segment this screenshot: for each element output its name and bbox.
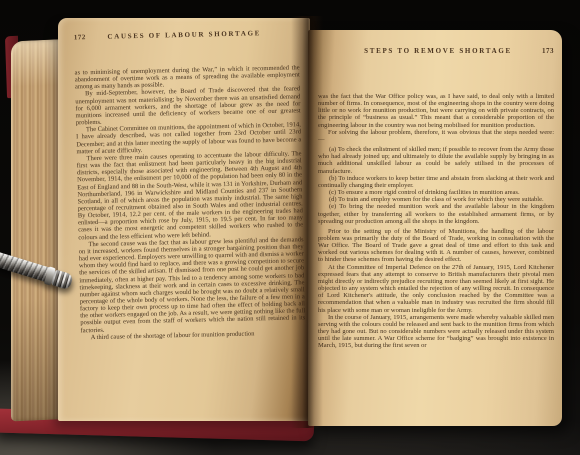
left-page-text: as to minimising of unemployment during …	[75, 64, 306, 341]
list-item: (d) To train and employ women for the cl…	[318, 196, 554, 203]
left-page: 172 CAUSES OF LABOUR SHORTAGE as to mini…	[58, 18, 310, 421]
paragraph: By mid-September, however, the Board of …	[75, 86, 301, 127]
right-page-number: 173	[542, 47, 554, 55]
paragraph: In the course of January, 1915, arrangem…	[318, 314, 554, 350]
open-book: 172 CAUSES OF LABOUR SHORTAGE as to mini…	[0, 0, 580, 455]
paragraph: The second cause was the fact that as la…	[78, 236, 305, 334]
paragraph: was the fact that the War Office policy …	[318, 93, 554, 129]
list-item: (b) To induce workers to keep better tim…	[318, 175, 554, 189]
photo-scene: 172 CAUSES OF LABOUR SHORTAGE as to mini…	[0, 0, 580, 455]
left-running-header: 172 CAUSES OF LABOUR SHORTAGE	[74, 28, 299, 41]
right-page-text: was the fact that the War Office policy …	[318, 93, 554, 349]
paragraph: At the Committee of Imperial Defence on …	[318, 264, 554, 314]
list-item: (c) To ensure a more rigid control of dr…	[318, 189, 554, 196]
right-running-header: STEPS TO REMOVE SHORTAGE 173	[318, 47, 554, 55]
left-page-number: 172	[74, 33, 86, 41]
right-page: STEPS TO REMOVE SHORTAGE 173 was the fac…	[308, 30, 562, 426]
list-item: (e) To bring the needed munition work an…	[318, 203, 554, 224]
paragraph: For solving the labour problem, therefor…	[318, 129, 554, 143]
list-item: (a) To check the enlistment of skilled m…	[318, 146, 554, 175]
paragraph: There were three main causes operating t…	[77, 150, 304, 241]
left-header-title: CAUSES OF LABOUR SHORTAGE	[86, 29, 283, 41]
right-header-title: STEPS TO REMOVE SHORTAGE	[334, 47, 542, 55]
paragraph: Prior to the setting up of the Ministry …	[318, 228, 554, 264]
